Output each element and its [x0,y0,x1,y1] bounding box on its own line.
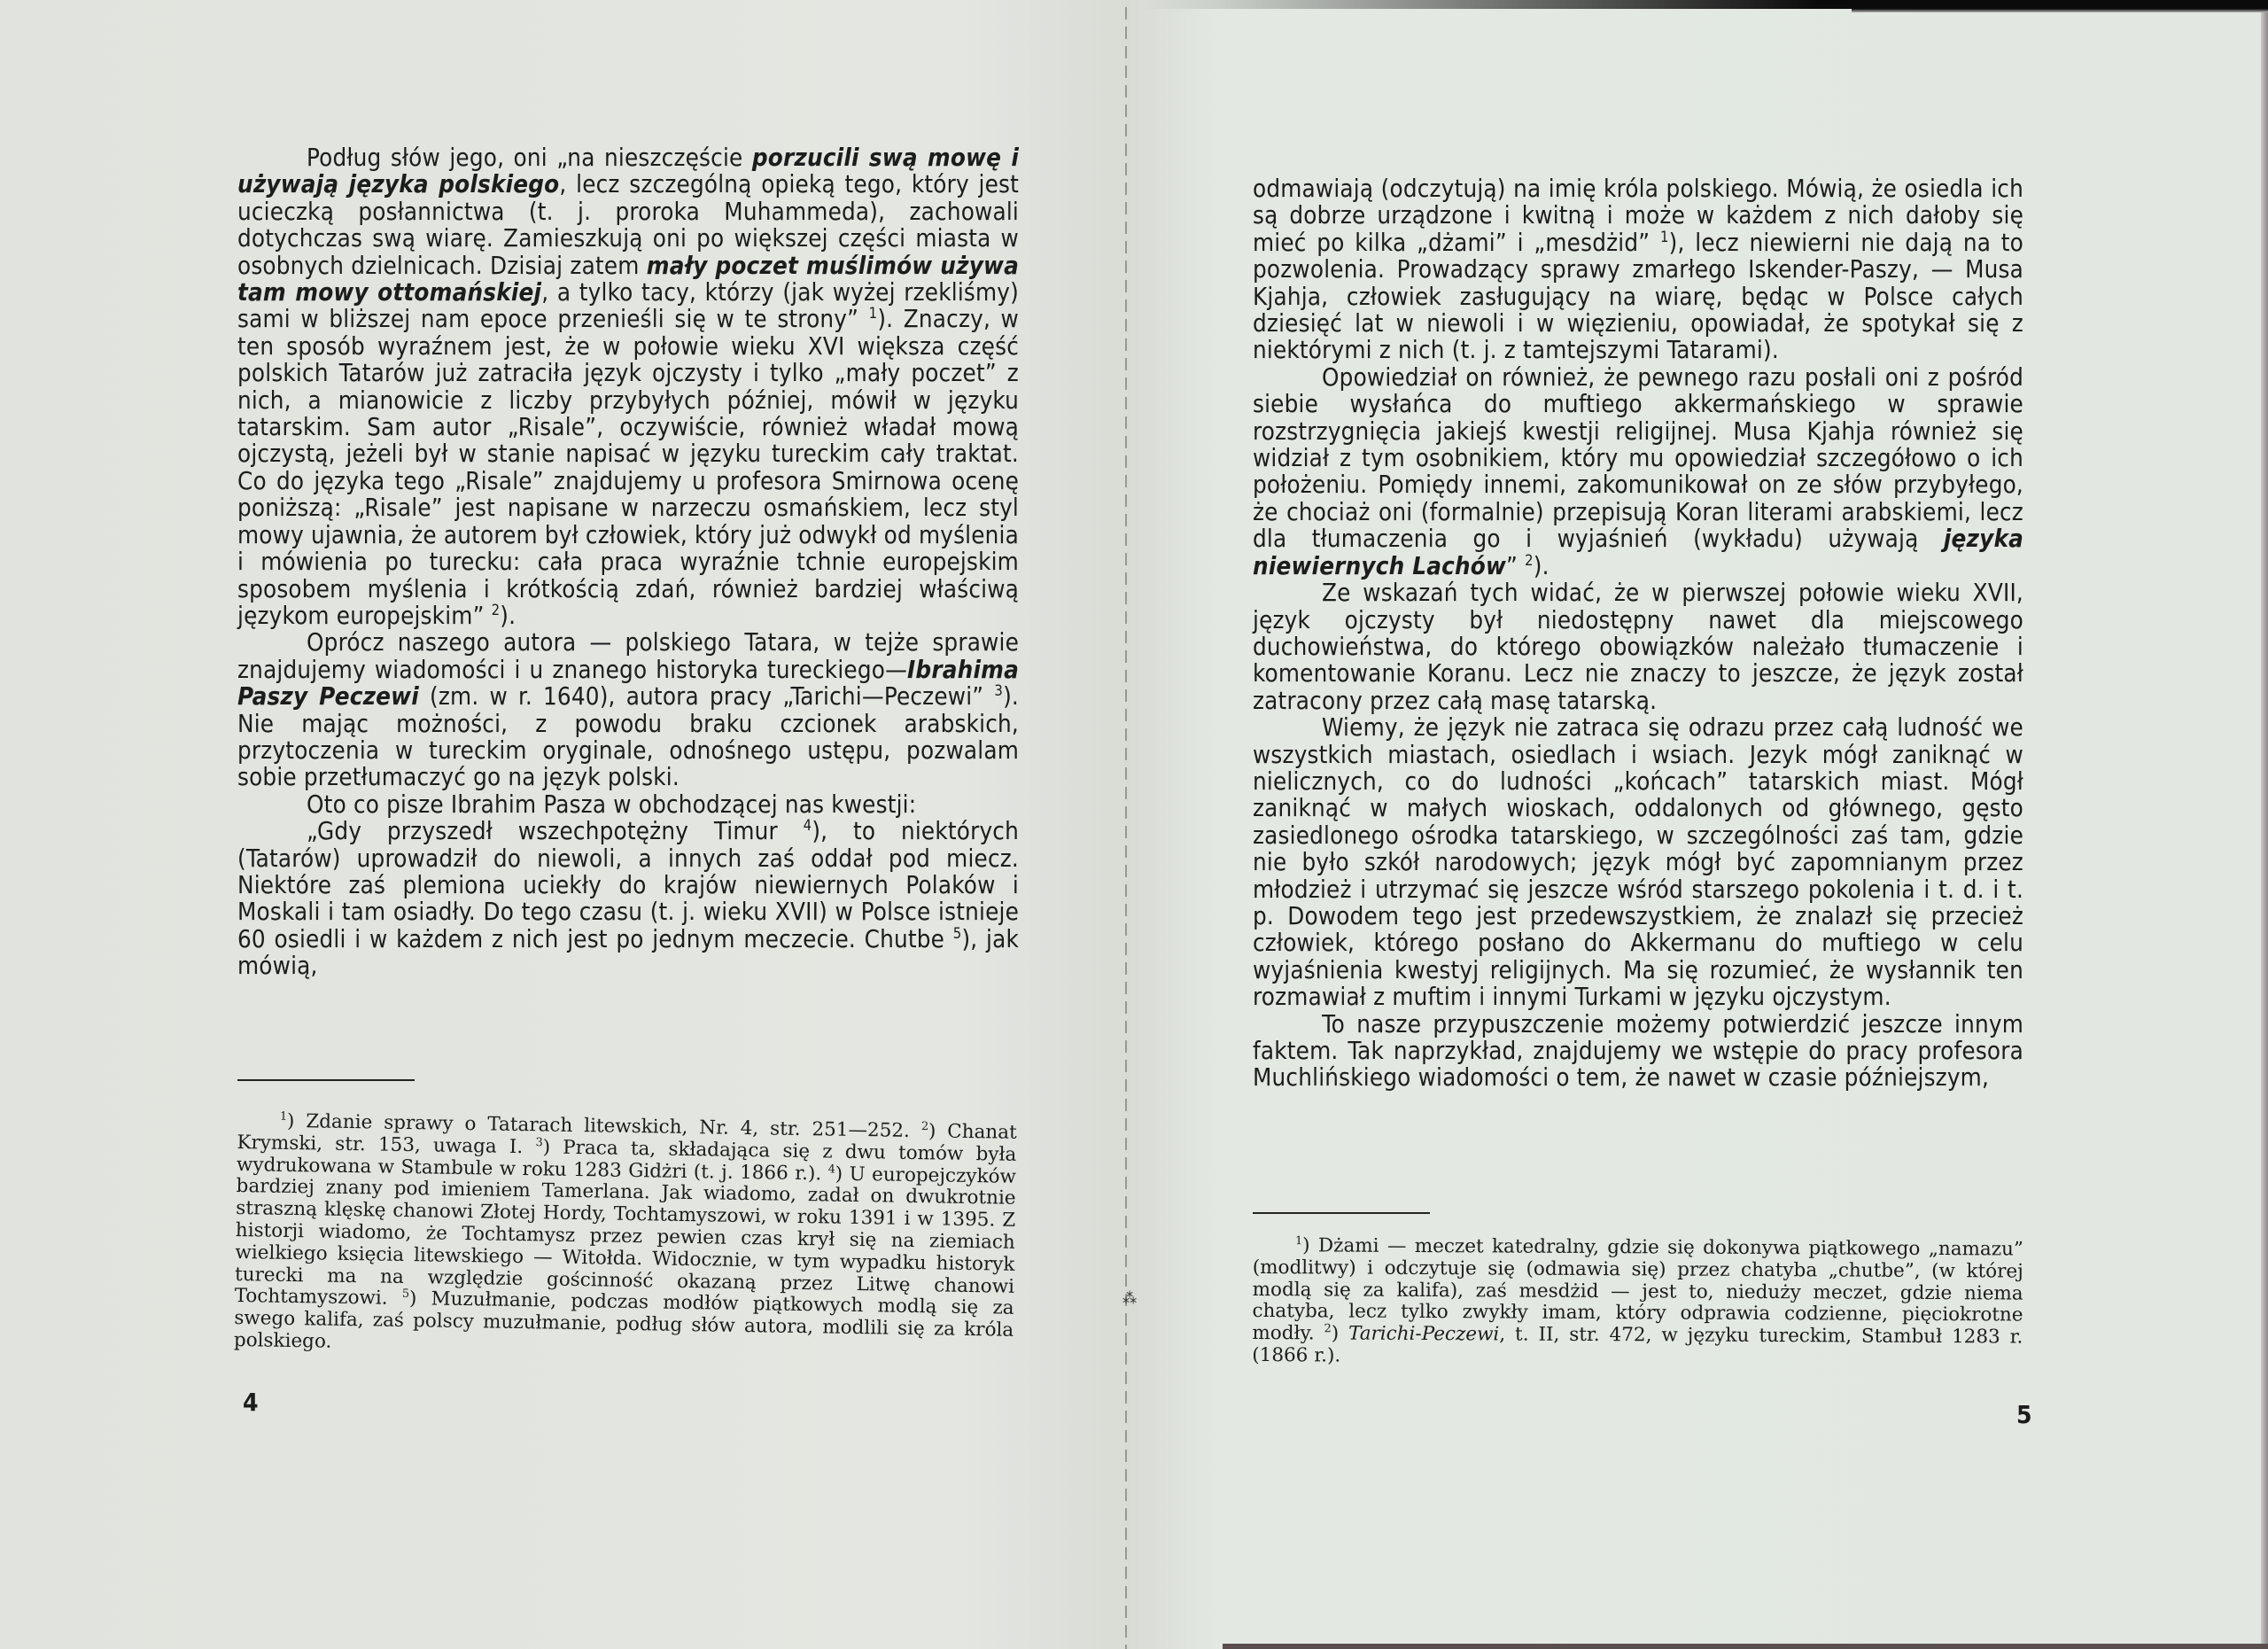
text-run: Ze wskazań tych widać, że w pierwszej po… [1253,579,2023,715]
paragraph: Oto co pisze Ibrahim Pasza w obchodzącej… [237,791,1019,818]
text-run: „Gdy przyszedł wszechpotężny Timur [307,817,804,845]
text-run: Oprócz naszego autora — polskiego Tatara… [237,628,1019,683]
page-right-edge [2261,12,2268,1649]
text-run: ) [1332,1323,1348,1345]
paragraph: Wiemy, że język nie zatraca się odrazu p… [1253,714,2023,1010]
gutter-stain-mark: ⁂ [1122,1289,1137,1308]
footnote-separator [237,1079,415,1081]
footnote-ref: 5 [953,925,962,942]
book-gutter-fold [1125,7,1127,1649]
right-footnotes: 1) Dżami — meczet katedralny, gdzie się … [1252,1235,2023,1371]
paragraph: Opowiedział on również, że pewnego razu … [1253,364,2023,579]
text-run: ” [1506,552,1525,580]
left-page: Podług słów jego, oni „na nieszczęście p… [0,0,1127,1649]
text-run: ). Znaczy, w ten sposób wyraźnem jest, ż… [237,305,1019,629]
text-run: Opowiedział on również, że pewnego razu … [1253,363,2023,553]
text-run: Podług słów jego, oni „na nieszczęście [307,144,752,172]
paragraph: Oprócz naszego autora — polskiego Tatara… [237,629,1019,790]
text-run: (zm. w r. 1640), autora pracy „Tarichi—P… [419,682,995,711]
footnote-ref: 4 [828,1163,835,1176]
paragraph: Podług słów jego, oni „na nieszczęście p… [237,144,1019,629]
right-page: odmawiają (odczytują) na imię króla pols… [1127,0,2268,1649]
footnote-ref: 2 [492,602,501,618]
paragraph: „Gdy przyszedł wszechpotężny Timur 4), t… [237,818,1019,979]
left-footnotes: 1) Zdanie sprawy o Tatarach litewskich, … [234,1110,1017,1365]
text-run: Wiemy, że język nie zatraca się odrazu p… [1253,713,2023,1011]
footnote-ref: 4 [804,817,812,834]
right-body-text: odmawiają (odczytują) na imię króla pols… [1253,175,2023,1092]
scan-bottom-edge [1223,1644,2268,1649]
footnote-ref: 1 [869,305,878,322]
footnote-ref: 1 [1660,229,1669,245]
text-run: ). [1534,552,1550,580]
left-body-text: Podług słów jego, oni „na nieszczęście p… [237,144,1019,980]
page-number-left: 4 [243,1388,259,1417]
paragraph: To nasze przypuszczenie możemy potwierdz… [1253,1011,2023,1092]
paragraph: 1) Zdanie sprawy o Tatarach litewskich, … [234,1110,1017,1365]
text-run: ) U europejczyków bardziej znany pod imi… [235,1163,1017,1310]
paragraph: odmawiają (odczytują) na imię króla pols… [1253,175,2023,364]
scan-top-edge-fade [1143,0,1852,9]
paragraph: Ze wskazań tych widać, że w pierwszej po… [1253,579,2023,714]
scan-top-edge [1852,0,2268,12]
footnote-ref: 3 [994,682,1003,699]
text-run: ). [500,602,516,630]
emphasis-text: Tarichi-Peczewi [1348,1323,1499,1346]
paragraph: 1) Dżami — meczet katedralny, gdzie się … [1252,1235,2023,1371]
text-run: Oto co pisze Ibrahim Pasza w obchodzącej… [307,790,916,819]
footnote-separator [1253,1212,1430,1214]
page-number-right: 5 [2016,1400,2032,1429]
book-spread: Podług słów jego, oni „na nieszczęście p… [0,0,2268,1649]
footnote-ref: 2 [1525,552,1534,569]
text-run: To nasze przypuszczenie możemy potwierdz… [1253,1010,2023,1093]
